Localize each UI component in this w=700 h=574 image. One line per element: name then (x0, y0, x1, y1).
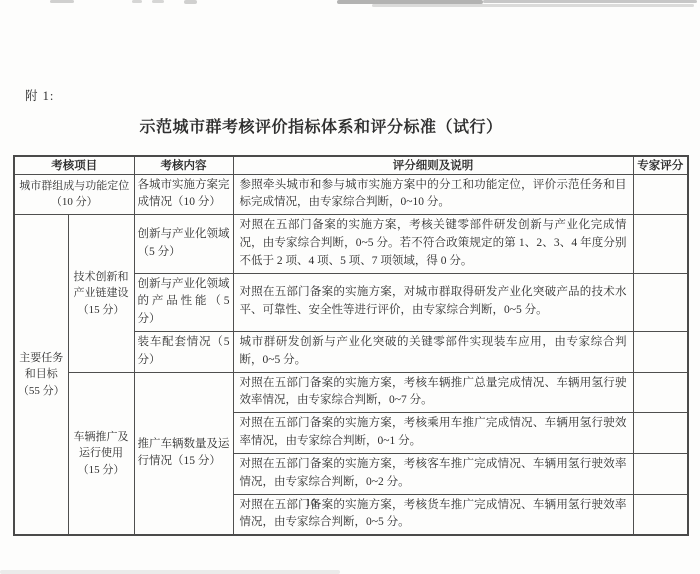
cell-scoring-detail-5: 对照在五部门备案的实施方案，考核车辆推广总量完成情况、车辆用氢行驶效率情况，由专… (233, 372, 633, 413)
cell-implementation-plan-completion: 各城市实施方案完成情况（10 分） (134, 174, 233, 215)
document-title: 示范城市群考核评价指标体系和评分标准（试行） (0, 114, 700, 137)
attachment-label: 附 1: (25, 86, 54, 104)
cell-scoring-detail-4: 城市群研发创新与产业化突破的关键零部件实现装车应用，由专家综合判断，0~5 分。 (233, 332, 633, 373)
cell-vehicle-installation: 装车配套情况（5 分） (134, 332, 233, 373)
scan-smudge (50, 0, 74, 3)
header-assessment-content: 考核内容 (134, 156, 233, 174)
cell-scoring-detail-3: 对照在五部门备案的实施方案，对城市群取得研发产业化突破产品的技术水平、可靠性、安… (233, 273, 633, 331)
expert-score-cell (633, 273, 688, 331)
cell-scoring-detail-2: 对照在五部门备案的实施方案，考核关键零部件研发创新与产业化完成情况，由专家综合判… (233, 215, 633, 273)
cell-promotion-quantity-operation: 推广车辆数量及运行情况（15 分） (134, 372, 233, 535)
cell-scoring-detail-1: 参照牵头城市和参与城市实施方案中的分工和功能定位，评价示范任务和目标完成情况，由… (233, 174, 633, 215)
cell-scoring-detail-7: 对照在五部门备案的实施方案，考核客车推广完成情况、车辆用氢行驶效率情况，由专家综… (233, 453, 633, 494)
header-scoring-rules: 评分细则及说明 (233, 156, 633, 174)
cell-tech-innovation-group: 技术创新和产业链建设（15 分） (68, 215, 134, 373)
evaluation-criteria-table: 考核项目 考核内容 评分细则及说明 专家评分 城市群组成与功能定位（10 分） … (13, 155, 689, 536)
table-header-row: 考核项目 考核内容 评分细则及说明 专家评分 (14, 156, 688, 174)
scan-smudge (483, 0, 697, 3)
cell-innovation-industrialization-field: 创新与产业化领域（5 分） (134, 215, 233, 273)
scan-smudge (132, 0, 142, 3)
table-row: 城市群组成与功能定位（10 分） 各城市实施方案完成情况（10 分） 参照牵头城… (14, 174, 688, 215)
cell-vehicle-promotion-group: 车辆推广及运行使用（15 分） (68, 372, 134, 535)
header-expert-score: 专家评分 (633, 156, 688, 174)
table-row: 主要任务和目标（55 分） 技术创新和产业链建设（15 分） 创新与产业化领域（… (14, 215, 688, 273)
scan-smudge (372, 4, 694, 7)
header-assessment-item: 考核项目 (14, 156, 134, 174)
expert-score-cell (633, 372, 688, 413)
cell-city-cluster-composition: 城市群组成与功能定位（10 分） (14, 174, 134, 215)
cell-scoring-detail-6: 对照在五部门备案的实施方案，考核乘用车推广完成情况、车辆用氢行驶效率情况，由专家… (233, 413, 633, 454)
cell-main-tasks-group: 主要任务和目标（55 分） (14, 215, 68, 536)
expert-score-cell (633, 332, 688, 373)
expert-score-cell (633, 174, 688, 215)
scan-smudge (184, 0, 197, 4)
expert-score-cell (633, 453, 688, 494)
expert-score-cell (633, 494, 688, 535)
scan-smudge (152, 0, 164, 3)
table-row: 车辆推广及运行使用（15 分） 推广车辆数量及运行情况（15 分） 对照在五部门… (14, 372, 688, 413)
page-number: 10 (0, 497, 622, 509)
expert-score-cell (633, 215, 688, 273)
expert-score-cell (633, 413, 688, 454)
cell-product-performance: 创新与产业化领域的产品性能（5 分） (134, 273, 233, 331)
scan-smudge (0, 570, 340, 574)
scanned-document-page: 附 1: 示范城市群考核评价指标体系和评分标准（试行） 考核项目 考核内容 评分… (0, 0, 700, 574)
